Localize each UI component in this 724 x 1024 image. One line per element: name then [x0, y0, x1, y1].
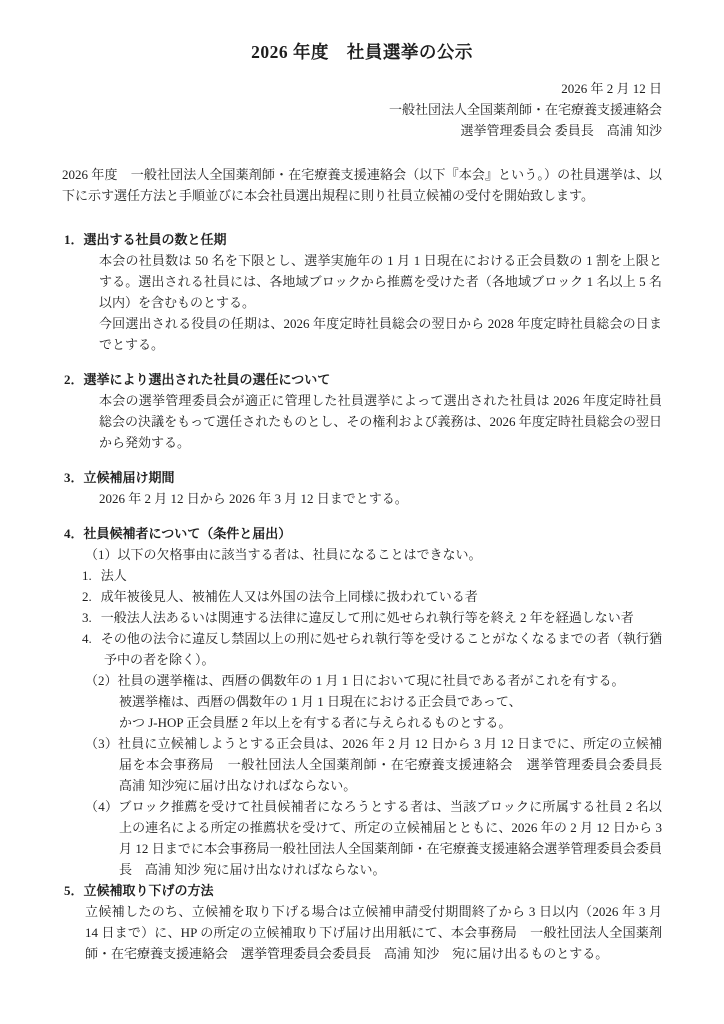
- section-3-paragraph-1: 2026 年 2 月 12 日から 2026 年 3 月 12 日までとする。: [99, 488, 662, 509]
- section-4-subitem-1: （1）以下の欠格事由に該当する者は、社員になることはできない。: [85, 544, 662, 565]
- section-4: 4．社員候補者について（条件と届出） （1）以下の欠格事由に該当する者は、社員に…: [62, 523, 662, 880]
- disqualification-item-1: 1.法人: [82, 565, 662, 586]
- issuing-organization: 一般社団法人全国薬剤師・在宅療養支援連絡会: [62, 99, 662, 120]
- document-page: 2026 年度 社員選挙の公示 2026 年 2 月 12 日 一般社団法人全国…: [0, 0, 724, 1024]
- list-item-text: 法人: [101, 568, 127, 583]
- section-1-heading: 1．選出する社員の数と任期: [64, 229, 662, 250]
- section-4-subitem-4: （4）ブロック推薦を受けて社員候補者になろうとする者は、当該ブロックに所属する社…: [85, 796, 662, 880]
- section-4-subitem-2-line-3: かつ J-HOP 正会員歴 2 年以上を有する者に与えられるものとする。: [119, 712, 662, 733]
- section-1-paragraph-2: 今回選出される役員の任期は、2026 年度定時社員総会の翌日から 2028 年度…: [99, 313, 662, 355]
- section-5-heading: 5．立候補取り下げの方法: [64, 880, 662, 901]
- document-title: 2026 年度 社員選挙の公示: [62, 40, 662, 64]
- list-item-text: その他の法令に違反し禁固以上の刑に処せられ執行等を受けることがなくなるまでの者（…: [101, 631, 662, 667]
- section-2: 2．選挙により選出された社員の選任について 本会の選挙管理委員会が適正に管理した…: [62, 369, 662, 453]
- committee-chair-signer: 選挙管理委員会 委員長 高浦 知沙: [62, 120, 662, 141]
- section-5: 5．立候補取り下げの方法 立候補したのち、立候補を取り下げる場合は立候補申請受付…: [62, 880, 662, 964]
- section-3: 3．立候補届け期間 2026 年 2 月 12 日から 2026 年 3 月 1…: [62, 467, 662, 509]
- section-2-paragraph-1: 本会の選挙管理委員会が適正に管理した社員選挙によって選出された社員は 2026 …: [99, 390, 662, 453]
- list-item-number: 1.: [82, 568, 101, 583]
- list-item-text: 成年被後見人、被補佐人又は外国の法令上同様に扱われている者: [101, 589, 478, 604]
- issue-date: 2026 年 2 月 12 日: [62, 78, 662, 99]
- section-1-paragraph-1: 本会の社員数は 50 名を下限とし、選挙実施年の 1 月 1 日現在における正会…: [99, 250, 662, 313]
- document-header-right: 2026 年 2 月 12 日 一般社団法人全国薬剤師・在宅療養支援連絡会 選挙…: [62, 78, 662, 141]
- section-4-subitem-2-line-1: （2）社員の選挙権は、西暦の偶数年の 1 月 1 日において現に社員である者がこ…: [85, 670, 662, 691]
- section-4-heading: 4．社員候補者について（条件と届出）: [64, 523, 662, 544]
- section-4-subitem-3: （3）社員に立候補しようとする正会員は、2026 年 2 月 12 日から 3 …: [85, 733, 662, 796]
- list-item-number: 3.: [82, 610, 101, 625]
- intro-paragraph: 2026 年度 一般社団法人全国薬剤師・在宅療養支援連絡会（以下『本会』という。…: [62, 164, 662, 206]
- disqualification-item-4: 4.その他の法令に違反し禁固以上の刑に処せられ執行等を受けることがなくなるまでの…: [82, 628, 662, 670]
- list-item-text: 一般法人法あるいは関連する法律に違反して刑に処せられ執行等を終え 2 年を経過し…: [101, 610, 634, 625]
- list-item-number: 2.: [82, 589, 101, 604]
- section-3-heading: 3．立候補届け期間: [64, 467, 662, 488]
- disqualification-item-2: 2.成年被後見人、被補佐人又は外国の法令上同様に扱われている者: [82, 586, 662, 607]
- section-2-heading: 2．選挙により選出された社員の選任について: [64, 369, 662, 390]
- disqualification-list: 1.法人 2.成年被後見人、被補佐人又は外国の法令上同様に扱われている者 3.一…: [62, 565, 662, 670]
- section-1: 1．選出する社員の数と任期 本会の社員数は 50 名を下限とし、選挙実施年の 1…: [62, 229, 662, 355]
- list-item-number: 4.: [82, 631, 101, 646]
- section-5-paragraph-1: 立候補したのち、立候補を取り下げる場合は立候補申請受付期間終了から 3 日以内（…: [85, 901, 662, 964]
- disqualification-item-3: 3.一般法人法あるいは関連する法律に違反して刑に処せられ執行等を終え 2 年を経…: [82, 607, 662, 628]
- section-4-subitem-2-line-2: 被選挙権は、西暦の偶数年の 1 月 1 日現在における正会員であって、: [119, 691, 662, 712]
